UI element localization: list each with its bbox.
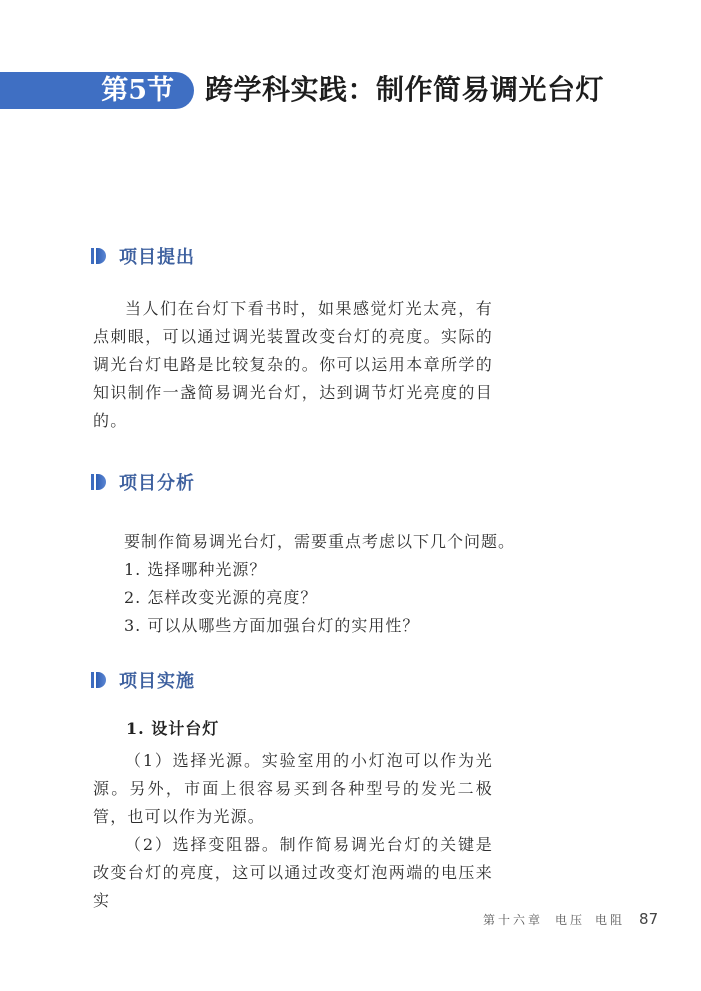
footer-chapter: 第十六章 <box>483 911 543 928</box>
section-heading-implementation: 项目实施 <box>91 668 195 692</box>
section-heading-proposal: 项目提出 <box>91 244 195 268</box>
implementation-paragraph-1: （1）选择光源。实验室用的小灯泡可以作为光源。另外，市面上很容易买到各种型号的发… <box>93 747 493 831</box>
implementation-paragraph-2: （2）选择变阻器。制作简易调光台灯的关键是改变台灯的亮度，这可以通过改变灯泡两端… <box>93 831 493 915</box>
section-heading-label: 项目实施 <box>119 667 195 693</box>
analysis-question-2: 2. 怎样改变光源的亮度？ <box>124 584 317 612</box>
proposal-paragraph: 当人们在台灯下看书时，如果感觉灯光太亮，有点刺眼，可以通过调光装置改变台灯的亮度… <box>93 295 493 435</box>
section-heading-label: 项目分析 <box>119 469 195 495</box>
section-heading-analysis: 项目分析 <box>91 470 195 494</box>
analysis-question-3: 3. 可以从哪些方面加强台灯的实用性？ <box>124 612 419 640</box>
analysis-question-1: 1. 选择哪种光源？ <box>124 556 266 584</box>
page-footer: 第十六章 电压 电阻 87 <box>483 910 658 928</box>
page-number: 87 <box>639 910 658 928</box>
section-marker-icon <box>91 247 109 265</box>
implementation-subheading: 1. 设计台灯 <box>126 715 219 743</box>
section-marker-icon <box>91 473 109 491</box>
section-heading-label: 项目提出 <box>119 243 195 269</box>
section-number-badge: 第5节 <box>0 72 194 109</box>
analysis-intro: 要制作简易调光台灯，需要重点考虑以下几个问题。 <box>124 528 515 556</box>
footer-topic-voltage: 电压 <box>555 911 585 928</box>
section-marker-icon <box>91 671 109 689</box>
section-number-label: 第5节 <box>101 72 174 109</box>
footer-topic-resistance: 电阻 <box>595 911 625 928</box>
page-title: 跨学科实践：制作简易调光台灯 <box>205 70 604 110</box>
